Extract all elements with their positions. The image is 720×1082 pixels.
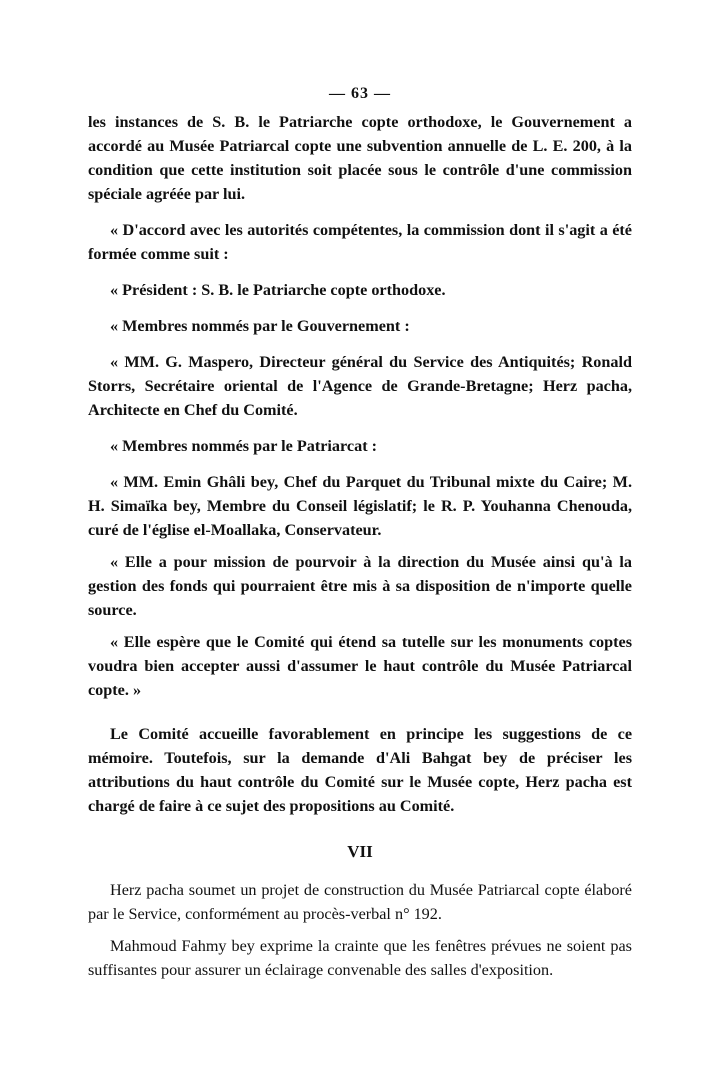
paragraph-committee-response: Le Comité accueille favorablement en pri…: [88, 722, 632, 818]
section-heading: VII: [88, 840, 632, 864]
paragraph-government-members-heading: « Membres nommés par le Gouvernement :: [88, 314, 632, 338]
paragraph-mission: « Elle a pour mission de pourvoir à la d…: [88, 550, 632, 622]
paragraph-commission-formed: « D'accord avec les autorités compétente…: [88, 218, 632, 266]
paragraph-president: « Président : S. B. le Patriarche copte …: [88, 278, 632, 302]
page-number: — 63 —: [88, 84, 632, 104]
paragraph-government-members: « MM. G. Maspero, Directeur général du S…: [88, 350, 632, 422]
paragraph-patriarchate-members: « MM. Emin Ghâli bey, Chef du Parquet du…: [88, 470, 632, 542]
paragraph-lighting-concern: Mahmoud Fahmy bey exprime la crainte que…: [88, 934, 632, 982]
paragraph-hope: « Elle espère que le Comité qui étend sa…: [88, 630, 632, 702]
paragraph-construction-project: Herz pacha soumet un projet de construct…: [88, 878, 632, 926]
paragraph-patriarchate-members-heading: « Membres nommés par le Patriarcat :: [88, 434, 632, 458]
paragraph-continuation: les instances de S. B. le Patriarche cop…: [88, 110, 632, 206]
document-page: — 63 — les instances de S. B. le Patriar…: [88, 84, 632, 982]
